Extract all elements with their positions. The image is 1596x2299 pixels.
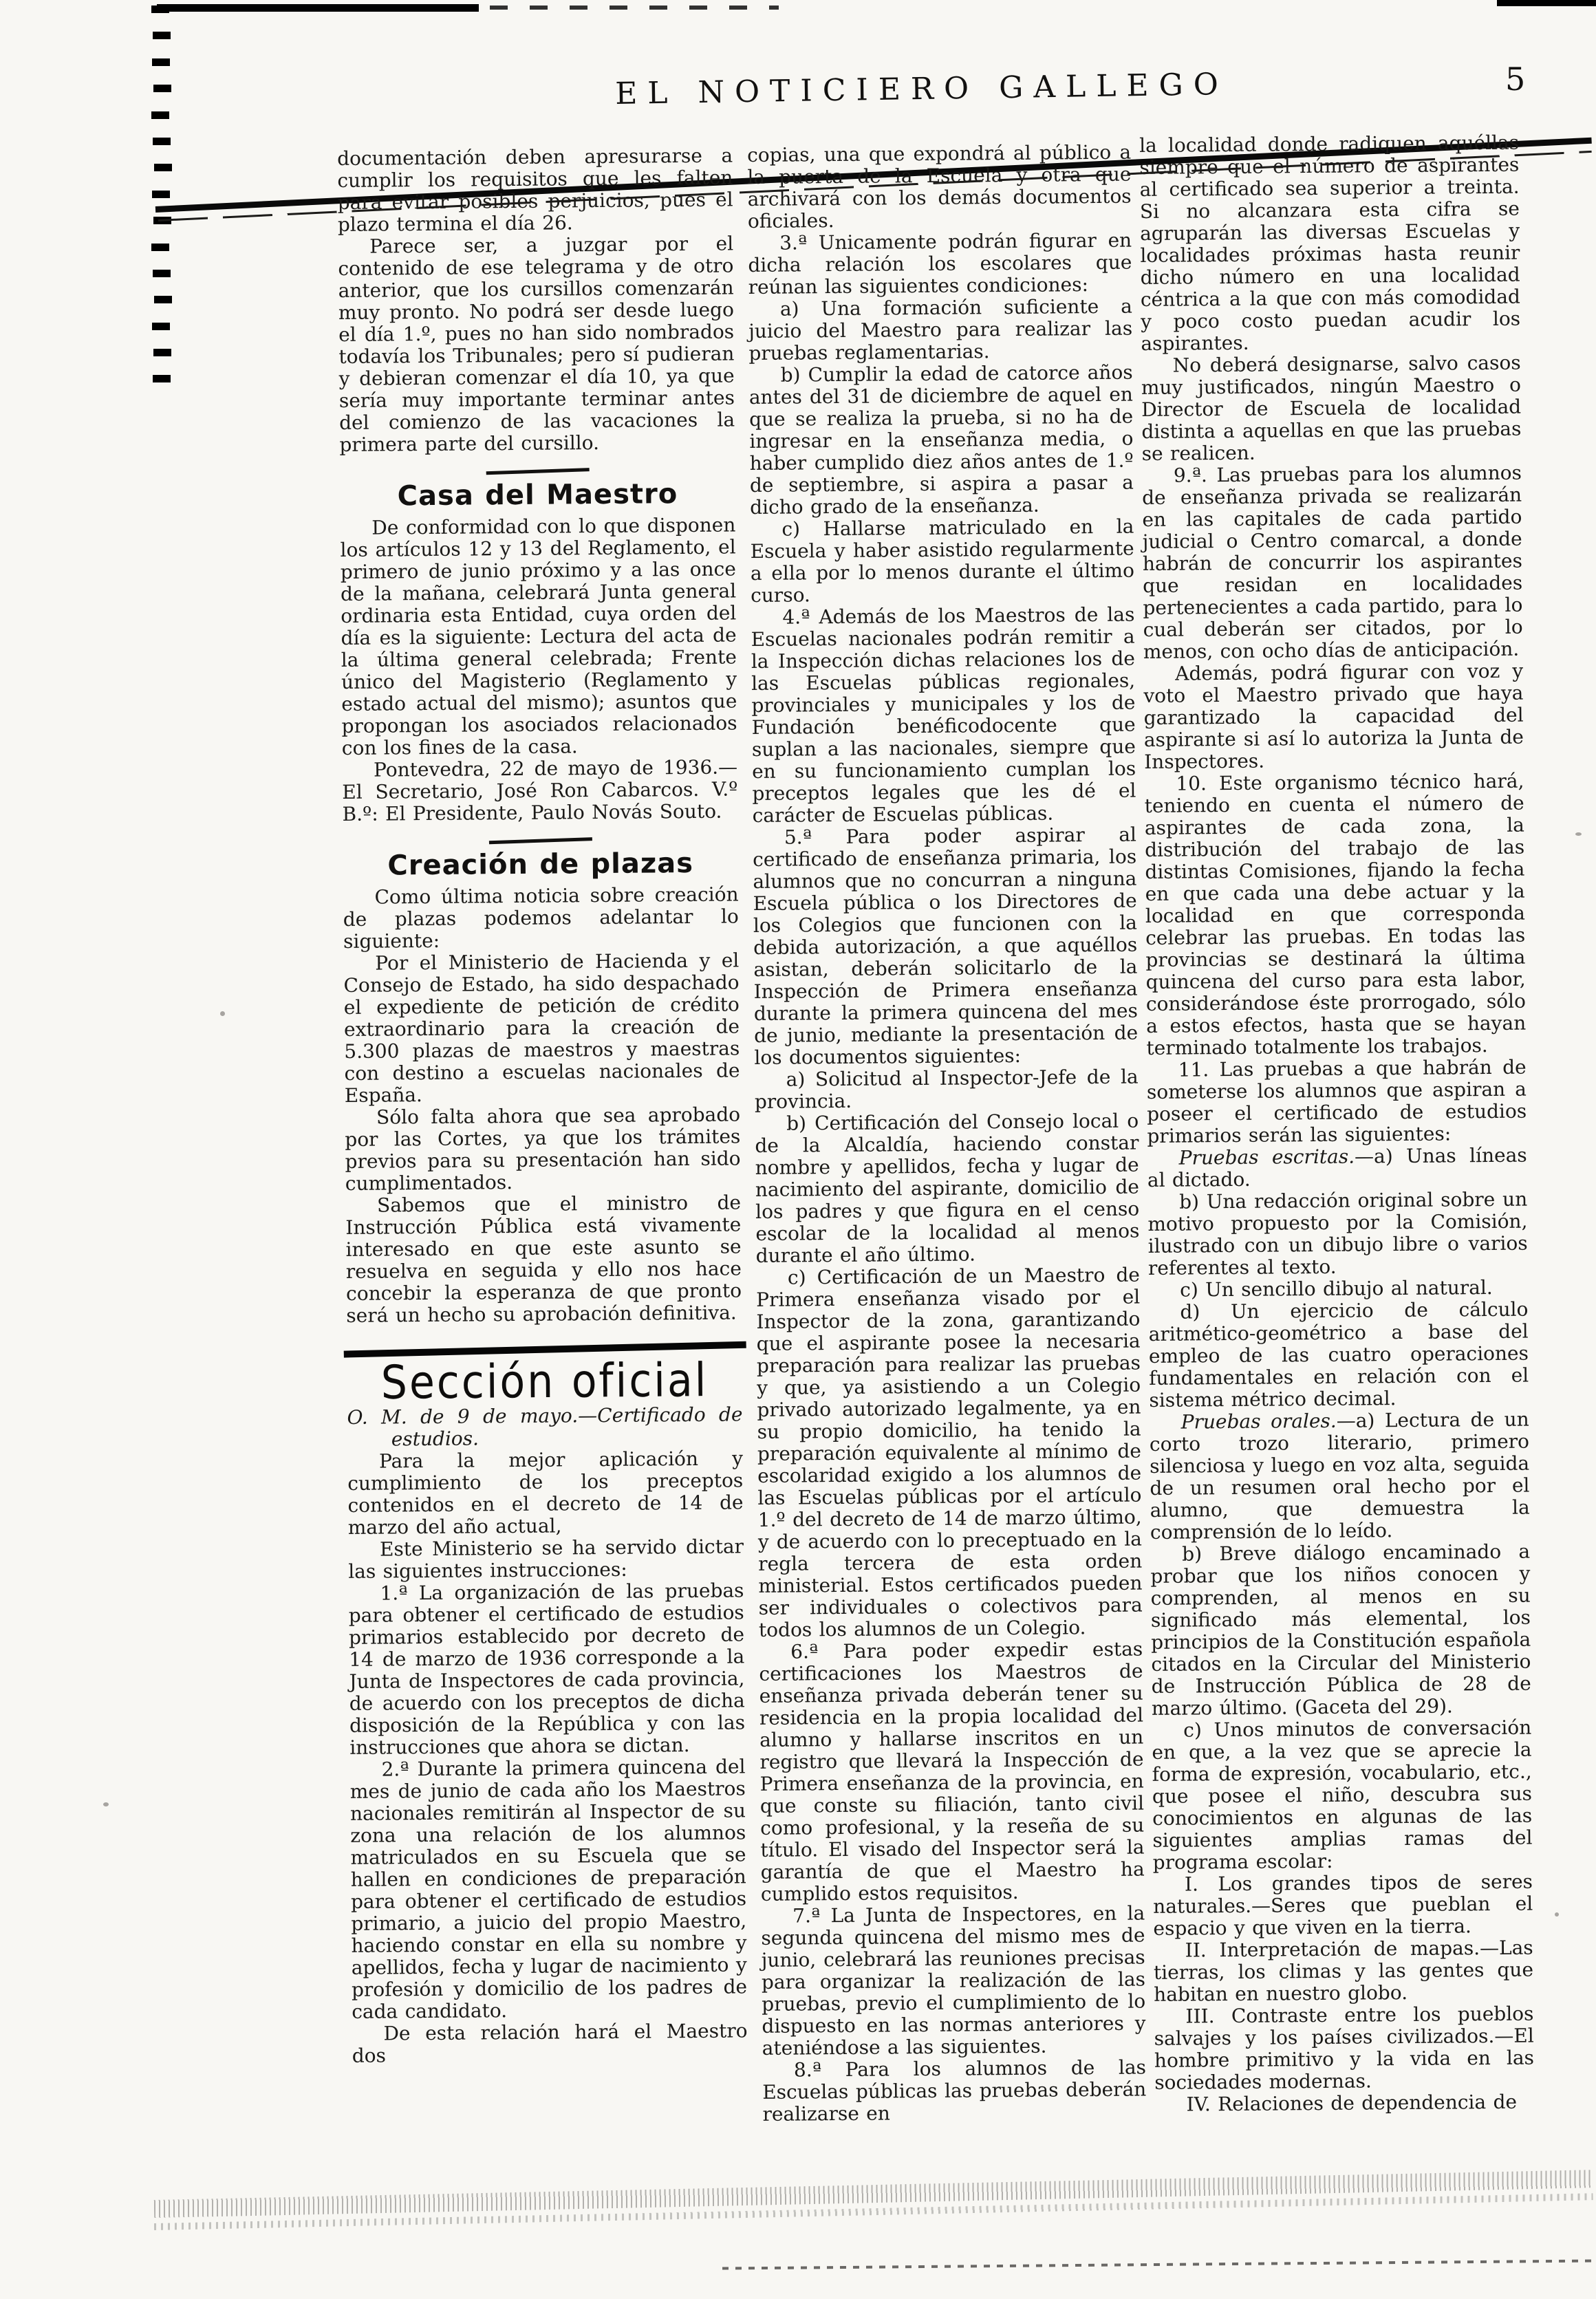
- paragraph: Para la mejor aplicación y cumplimiento …: [347, 1447, 744, 1539]
- paragraph: a) Una formación suficiente a juicio del…: [748, 296, 1133, 365]
- paragraph: 11. Las pruebas a que habrán de someters…: [1147, 1057, 1527, 1147]
- paragraph: Este Ministerio se ha servido dictar las…: [348, 1535, 744, 1583]
- paragraph: IV. Relaciones de dependencia de: [1154, 2091, 1534, 2116]
- paragraph: a) Solicitud al Inspector-Jefe de la pro…: [755, 1066, 1139, 1113]
- section-divider: [486, 468, 589, 475]
- paragraph: 8.ª Para los alumnos de las Escuelas púb…: [762, 2057, 1147, 2126]
- paragraph: II. Interpretación de mapas.—Las tierras…: [1154, 1937, 1534, 2006]
- paragraph: De conformidad con lo que disponen los a…: [340, 514, 737, 759]
- paragraph: b) Breve diálogo encaminado a probar que…: [1150, 1541, 1531, 1720]
- paragraph: I. Los grandes tipos de seres naturales.…: [1153, 1871, 1533, 1940]
- article-heading-casa-del-maestro: Casa del Maestro: [340, 482, 735, 508]
- scan-artifact-bottom-dotline: [722, 2259, 1593, 2269]
- page-number: 5: [1505, 61, 1525, 98]
- paragraph: 10. Este organismo técnico hará, teniend…: [1144, 770, 1526, 1059]
- paragraph: b) Una redacción original sobre un motiv…: [1147, 1189, 1528, 1280]
- paragraph: c) Hallarse matriculado en la Escuela y …: [750, 516, 1134, 607]
- paragraph: III. Contraste entre los pueblos salvaje…: [1154, 2003, 1534, 2094]
- paragraph-lead-italic: Pruebas orales.: [1181, 1410, 1337, 1434]
- paragraph: De esta relación hará el Maestro dos: [352, 2020, 747, 2067]
- column-1: documentación deben apresurarse a cumpli…: [337, 144, 748, 2066]
- article-heading-creacion-de-plazas: Creación de plazas: [343, 852, 738, 877]
- scan-speck: [220, 1011, 225, 1016]
- paragraph: Pontevedra, 22 de mayo de 1936.—El Secre…: [342, 756, 738, 825]
- paragraph: b) Cumplir la edad de catorce años antes…: [749, 362, 1134, 519]
- section-divider: [488, 837, 592, 844]
- scan-speck: [103, 1802, 109, 1806]
- paragraph: 5.ª Para poder aspirar al certificado de…: [753, 824, 1139, 1069]
- paragraph: Como última noticia sobre creación de pl…: [343, 883, 739, 953]
- paragraph: 4.ª Además de los Maestros de las Escuel…: [751, 604, 1136, 827]
- column-2: copias, una que expondrá al público a la…: [747, 142, 1147, 2126]
- scan-artifact-top-bar: [157, 4, 479, 12]
- paragraph: 9.ª. Las pruebas para los alumnos de ens…: [1142, 462, 1523, 663]
- scan-artifact-left-edge-marks: [151, 6, 169, 13]
- paragraph: copias, una que expondrá al público a la…: [747, 142, 1132, 233]
- newspaper-title: EL NOTICIERO GALLEGO: [248, 61, 1596, 118]
- paragraph-lead-italic: Pruebas escritas.: [1179, 1145, 1355, 1169]
- scan-artifact-top-right: [1497, 0, 1596, 6]
- paragraph: 1.ª La organización de las pruebas para …: [348, 1579, 745, 1759]
- paragraph: 3.ª Unicamente podrán figurar en dicha r…: [748, 230, 1132, 299]
- paragraph: d) Un ejercicio de cálculo aritmético-ge…: [1148, 1299, 1529, 1412]
- scan-speck: [1555, 1912, 1559, 1917]
- paragraph: Pruebas escritas.—a) Unas líneas al dict…: [1147, 1145, 1527, 1191]
- paragraph: 7.ª La Junta de Inspectores, en la segun…: [761, 1903, 1146, 2060]
- scan-speck: [1575, 832, 1582, 836]
- paragraph: Parece ser, a juzgar por el contenido de…: [338, 233, 735, 456]
- section-heading-oficial: Sección oficial: [347, 1368, 742, 1395]
- scan-artifact-top-dashes: [490, 6, 779, 10]
- paragraph: c) Certificación de un Maestro de Primer…: [756, 1264, 1143, 1641]
- paragraph: 6.ª Para poder expedir estas certificaci…: [759, 1639, 1145, 1906]
- paragraph: No deberá designarse, salvo casos muy ju…: [1141, 352, 1522, 465]
- paragraph: Además, podrá figurar con voz y voto el …: [1143, 660, 1524, 773]
- paragraph: 2.ª Durante la primera quincena del mes …: [349, 1756, 747, 2023]
- paragraph: Sólo falta ahora que sea aprobado por la…: [345, 1103, 741, 1195]
- paragraph: documentación deben apresurarse a cumpli…: [337, 144, 733, 236]
- column-3: la localidad donde radiquen aquéllas sie…: [1139, 132, 1535, 2116]
- paragraph: b) Certificación del Consejo local o de …: [755, 1110, 1140, 1267]
- paragraph: Sabemos que el ministro de Instrucción P…: [345, 1191, 742, 1327]
- paragraph: c) Unos minutos de conversación en que, …: [1152, 1717, 1533, 1874]
- order-subheading: O. M. de 9 de mayo.—Certificado de estud…: [347, 1403, 742, 1451]
- paragraph: Pruebas orales.—a) Lectura de un corto t…: [1150, 1409, 1530, 1544]
- paragraph: la localidad donde radiquen aquéllas sie…: [1139, 132, 1520, 355]
- paragraph: Por el Ministerio de Hacienda y el Conse…: [343, 949, 740, 1107]
- newspaper-page: EL NOTICIERO GALLEGO 5 documentación deb…: [0, 0, 1596, 2299]
